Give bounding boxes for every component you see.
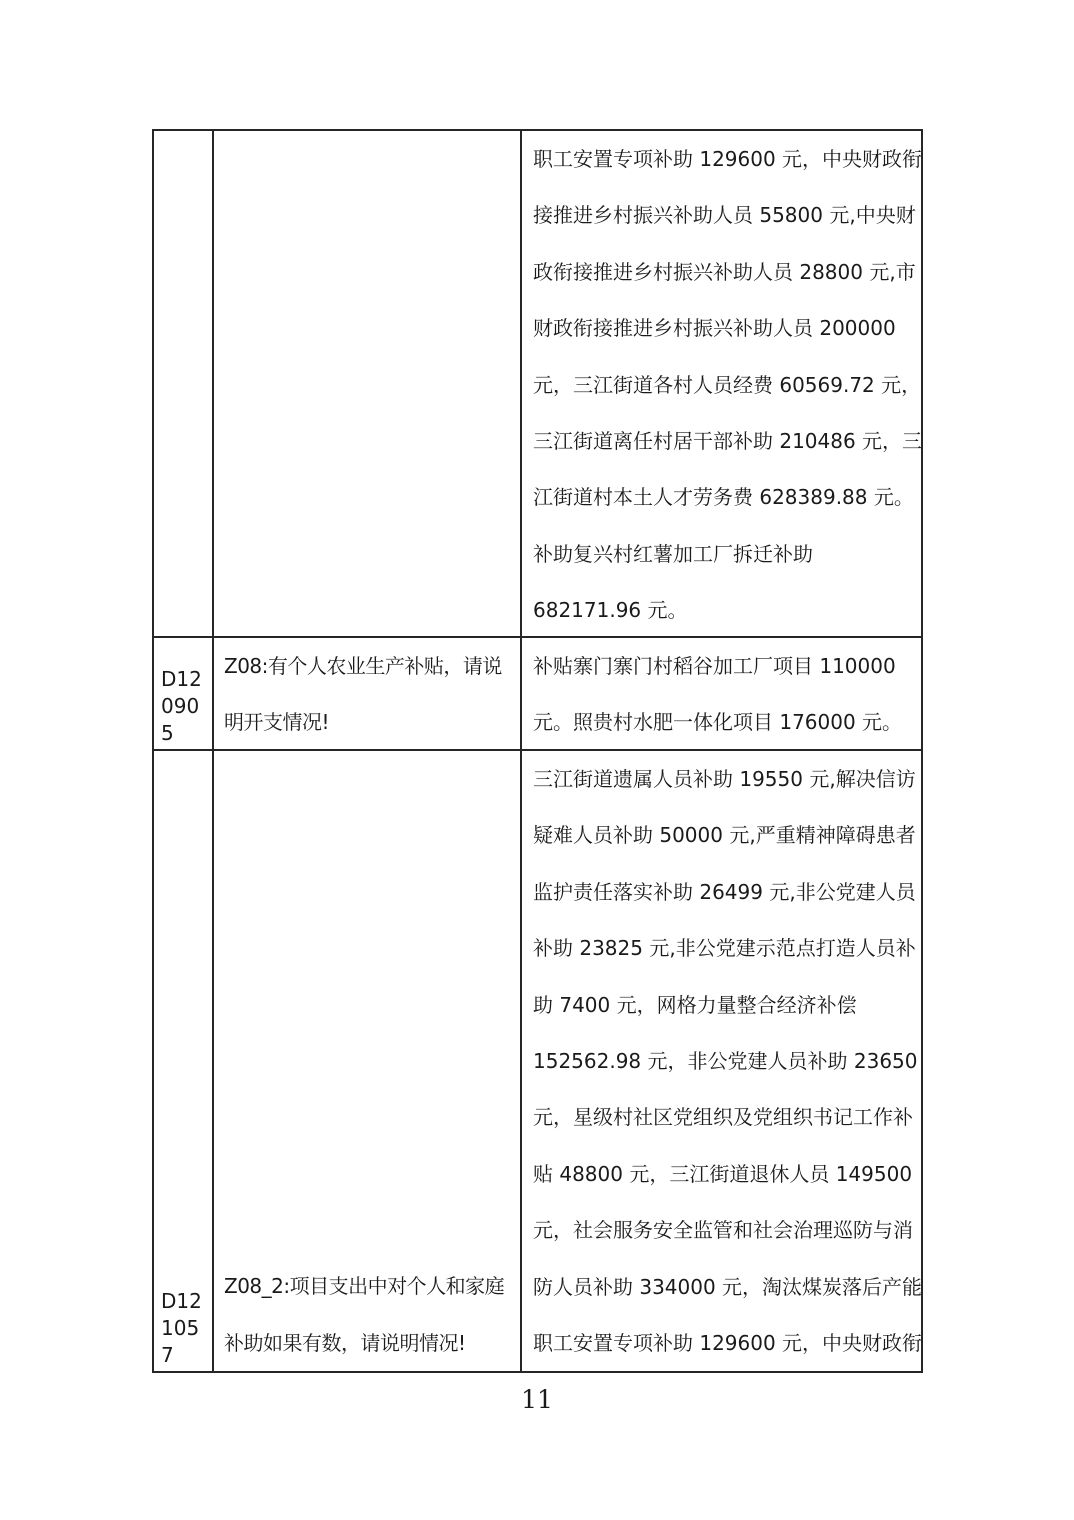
text-line: 补助复兴村红薯加工厂拆迁补助 bbox=[533, 526, 922, 582]
text-line: 职工安置专项补助 129600 元，中央财政衔 bbox=[533, 131, 922, 187]
text-line: 补助如果有数，请说明情况! bbox=[224, 1315, 520, 1371]
text-line: 元，星级村社区党组织及党组织书记工作补 bbox=[533, 1089, 922, 1145]
text-line: 682171.96 元。 bbox=[533, 582, 922, 638]
text-line: 105 bbox=[161, 1315, 210, 1342]
answer-cell: 职工安置专项补助 129600 元，中央财政衔接推进乡村振兴补助人员 55800… bbox=[522, 131, 922, 638]
text-line: 152562.98 元，非公党建人员补助 23650 bbox=[533, 1033, 922, 1089]
text-line: Z08:有个人农业生产补贴，请说 bbox=[224, 638, 520, 694]
text-line: 接推进乡村振兴补助人员 55800 元,中央财 bbox=[533, 187, 922, 243]
text-line: 元。照贵村水肥一体化项目 176000 元。 bbox=[533, 694, 922, 750]
text-line: 元，社会服务安全监管和社会治理巡防与消 bbox=[533, 1202, 922, 1258]
answer-cell: 三江街道遗属人员补助 19550 元,解决信访疑难人员补助 50000 元,严重… bbox=[522, 751, 922, 1371]
text-line: 7 bbox=[161, 1342, 210, 1369]
text-line: 疑难人员补助 50000 元,严重精神障碍患者 bbox=[533, 807, 922, 863]
question-cell: Z08:有个人农业生产补贴，请说明开支情况! bbox=[214, 638, 522, 751]
text-line: 补助 23825 元,非公党建示范点打造人员补 bbox=[533, 920, 922, 976]
text-line: D12 bbox=[161, 1288, 210, 1315]
answer-cell: 补贴寨门寨门村稻谷加工厂项目 110000元。照贵村水肥一体化项目 176000… bbox=[522, 638, 922, 751]
text-line: D12 bbox=[161, 666, 210, 693]
text-line: 元，三江街道各村人员经费 60569.72 元， bbox=[533, 357, 922, 413]
document-page: 职工安置专项补助 129600 元，中央财政衔接推进乡村振兴补助人员 55800… bbox=[0, 0, 1074, 1520]
text-line: 防人员补助 334000 元，淘汰煤炭落后产能 bbox=[533, 1259, 922, 1315]
text-line: 职工安置专项补助 129600 元，中央财政衔 bbox=[533, 1315, 922, 1371]
id-cell bbox=[154, 131, 214, 638]
text-line: 5 bbox=[161, 720, 210, 747]
text-line: Z08_2:项目支出中对个人和家庭 bbox=[224, 1258, 520, 1314]
text-line: 明开支情况! bbox=[224, 694, 520, 750]
text-line: 江街道村本土人才劳务费 628389.88 元。 bbox=[533, 469, 922, 525]
text-line: 三江街道遗属人员补助 19550 元,解决信访 bbox=[533, 751, 922, 807]
text-line: 财政衔接推进乡村振兴补助人员 200000 bbox=[533, 300, 922, 356]
text-line: 090 bbox=[161, 693, 210, 720]
text-line: 三江街道离任村居干部补助 210486 元，三 bbox=[533, 413, 922, 469]
qa-table: 职工安置专项补助 129600 元，中央财政衔接推进乡村振兴补助人员 55800… bbox=[152, 129, 923, 1373]
text-line: 助 7400 元，网格力量整合经济补偿 bbox=[533, 977, 922, 1033]
id-cell: D120905 bbox=[154, 638, 214, 751]
question-cell bbox=[214, 131, 522, 638]
id-cell: D121057 bbox=[154, 751, 214, 1371]
text-line: 贴 48800 元，三江街道退休人员 149500 bbox=[533, 1146, 922, 1202]
text-line: 政衔接推进乡村振兴补助人员 28800 元,市 bbox=[533, 244, 922, 300]
page-number: 11 bbox=[0, 1385, 1074, 1415]
question-cell: Z08_2:项目支出中对个人和家庭补助如果有数，请说明情况! bbox=[214, 751, 522, 1371]
text-line: 监护责任落实补助 26499 元,非公党建人员 bbox=[533, 864, 922, 920]
text-line: 补贴寨门寨门村稻谷加工厂项目 110000 bbox=[533, 638, 922, 694]
